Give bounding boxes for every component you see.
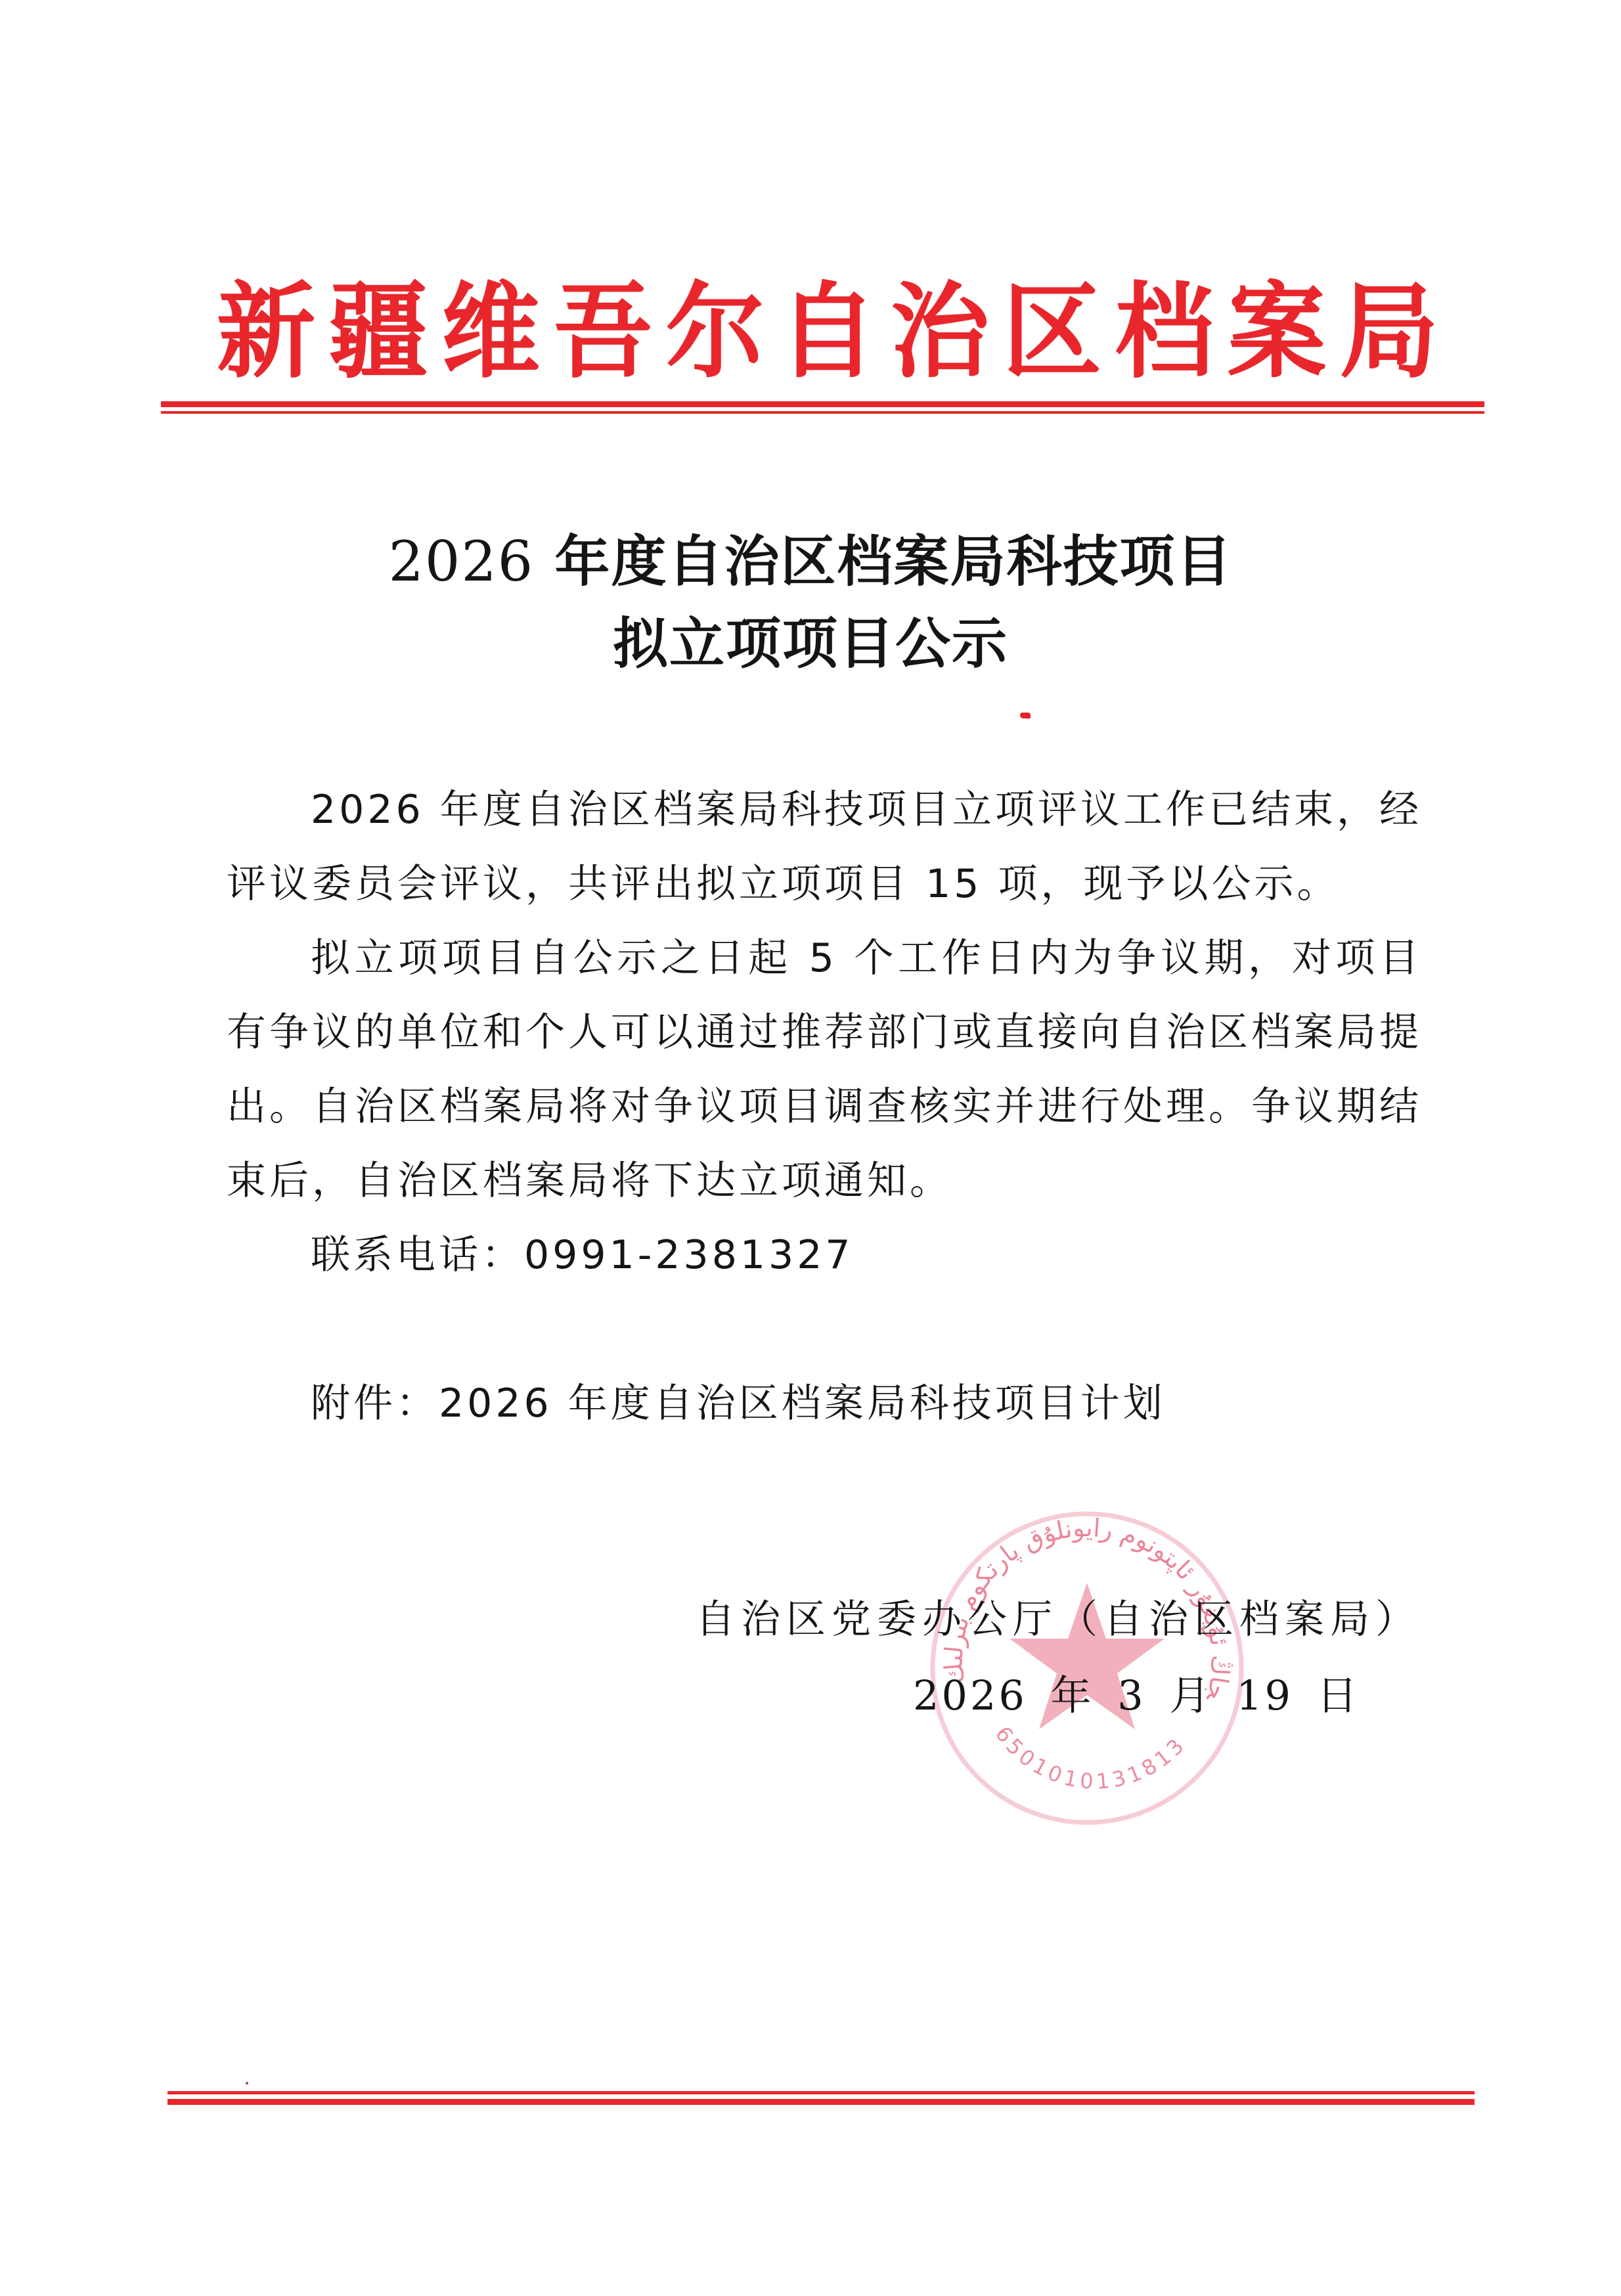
document-title-line-1: 2026 年度自治区档案局科技项目 (0, 525, 1621, 598)
footer-rule-thin (167, 2091, 1475, 2094)
paragraph-text: 拟立项项目自公示之日起 5 个工作日内为争议期，对项目有争议的单位和个人可以通过… (227, 921, 1422, 1218)
attachment-label: 附件： (311, 1380, 439, 1426)
letterhead-rule-thick (161, 401, 1484, 407)
contact-phone: 0991-2381327 (524, 1232, 854, 1278)
document-page: 新 疆 维 吾 尔 自 治 区 档 案 局 2026 年度自治区档案局科技项目 … (0, 0, 1621, 2296)
letterhead-title: 新 疆 维 吾 尔 自 治 区 档 案 局 (217, 276, 1438, 387)
title-text: 年度自治区档案局科技项目 (555, 529, 1233, 594)
title-year: 2026 (388, 529, 534, 594)
svg-text:6501010131813: 6501010131813 (990, 1721, 1191, 1794)
letterhead-char: 区 (1003, 273, 1101, 391)
attachment-title: 2026 年度自治区档案局科技项目计划 (439, 1380, 1166, 1426)
attachment-line: 附件：2026 年度自治区档案局科技项目计划 (227, 1367, 1422, 1441)
body-paragraph-2: 拟立项项目自公示之日起 5 个工作日内为争议期，对项目有争议的单位和个人可以通过… (227, 921, 1422, 1218)
letterhead-char: 档 (1115, 273, 1214, 391)
letterhead-char: 疆 (329, 273, 428, 391)
issuer-name: 自治区党委办公厅（自治区档案局） (696, 1583, 1421, 1657)
letterhead-char: 自 (778, 273, 877, 391)
document-title-line-2: 拟立项项目公示 (0, 607, 1621, 680)
scan-dot (246, 2082, 248, 2085)
letterhead-char: 吾 (554, 273, 652, 391)
letterhead-char: 尔 (666, 273, 765, 391)
letterhead-char: 案 (1228, 273, 1326, 391)
letterhead-rule-thin (161, 411, 1484, 414)
footer-rule-thick (167, 2099, 1475, 2105)
paragraph-text: 2026 年度自治区档案局科技项目立项评议工作已结束，经评议委员会评议，共评出拟… (227, 773, 1422, 921)
scan-speck (1020, 713, 1031, 718)
body-paragraph-1: 2026 年度自治区档案局科技项目立项评议工作已结束，经评议委员会评议，共评出拟… (227, 773, 1422, 921)
contact-line: 联系电话：0991-2381327 (227, 1218, 1422, 1292)
letterhead-char: 维 (441, 273, 540, 391)
issue-date: 2026 年 3 月 19 日 (913, 1658, 1360, 1733)
letterhead-char: 局 (1340, 273, 1438, 391)
contact-label: 联系电话： (311, 1232, 524, 1278)
letterhead-char: 治 (891, 273, 989, 391)
letterhead-char: 新 (217, 273, 315, 391)
